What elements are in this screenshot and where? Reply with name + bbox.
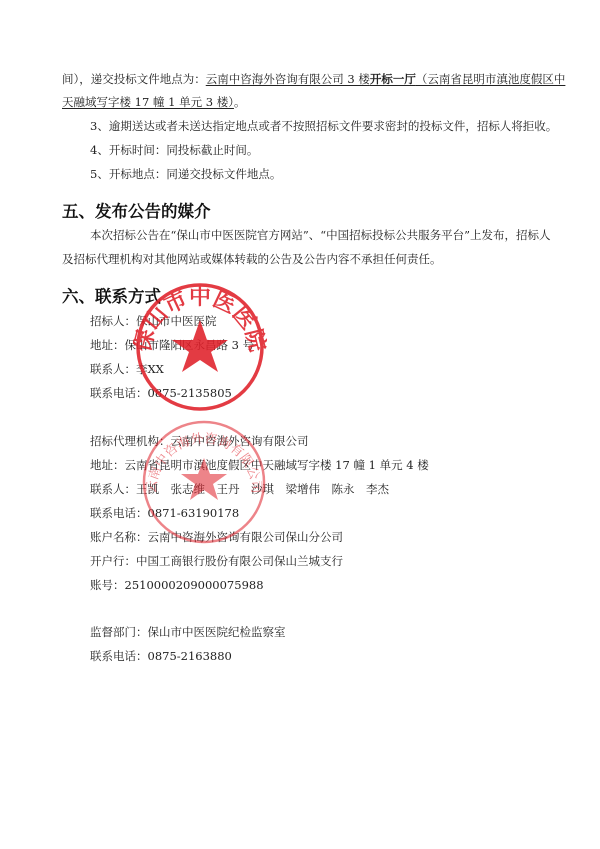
section-5-para-line-1: 本次招标公告在“保山市中医医院官方网站”、“中国招标投标公共服务平台”上发布，招… (90, 227, 551, 243)
location-address-cont: 天融域写字楼 17 幢 1 单元 3 楼） (62, 95, 234, 109)
agency-bank: 开户行：中国工商银行股份有限公司保山兰城支行 (90, 553, 343, 569)
agency-contacts: 联系人：王凯 张志维 王丹 沙琪 梁增伟 陈永 李杰 (90, 481, 389, 497)
section-5-para-line-2: 及招标代理机构对其他网站或媒体转载的公告及公告内容不承担任何责任。 (62, 251, 442, 267)
supervisor-phone: 联系电话：0875-2163880 (90, 648, 232, 664)
document-page: 间），递交投标文件地点为：云南中咨海外咨询有限公司 3 楼开标一厅（云南省昆明市… (0, 0, 600, 849)
section-6-heading: 六、联系方式 (62, 283, 161, 307)
item-3: 3、逾期送达或者未送达指定地点或者不按照招标文件要求密封的投标文件，招标人将拒收… (90, 118, 557, 134)
tenderer-contact: 联系人：李XX (90, 361, 164, 377)
tenderer-phone: 联系电话：0875-2135805 (90, 385, 232, 401)
agency-account-number: 账号：2510000209000075988 (90, 577, 264, 593)
agency-account-name: 账户名称：云南中咨海外咨询有限公司保山分公司 (90, 529, 343, 545)
tenderer-address: 地址：保山市隆阳区永昌路 3 号 (90, 337, 254, 353)
section-5-heading: 五、发布公告的媒介 (62, 198, 211, 222)
item-4: 4、开标时间：同投标截止时间。 (90, 142, 258, 158)
submission-location-line-2: 天融域写字楼 17 幢 1 单元 3 楼）。 (62, 94, 245, 110)
location-underlined: 云南中咨海外咨询有限公司 3 楼 (206, 72, 370, 86)
item-5: 5、开标地点：同递交投标文件地点。 (90, 166, 281, 182)
supervisor-dept: 监督部门：保山市中医医院纪检监察室 (90, 624, 286, 640)
location-room: 开标一厅 (370, 72, 416, 86)
text: 间），递交投标文件地点为： (62, 72, 206, 86)
submission-location-line-1: 间），递交投标文件地点为：云南中咨海外咨询有限公司 3 楼开标一厅（云南省昆明市… (62, 71, 565, 87)
punct: 。 (234, 95, 246, 109)
agency-name: 招标代理机构：云南中咨海外咨询有限公司 (90, 433, 309, 449)
location-address: （云南省昆明市滇池度假区中 (416, 72, 566, 86)
tenderer-name: 招标人：保山市中医医院 (90, 313, 217, 329)
agency-address: 地址：云南省昆明市滇池度假区中天融域写字楼 17 幢 1 单元 4 楼 (90, 457, 429, 473)
agency-phone: 联系电话：0871-63190178 (90, 505, 239, 521)
